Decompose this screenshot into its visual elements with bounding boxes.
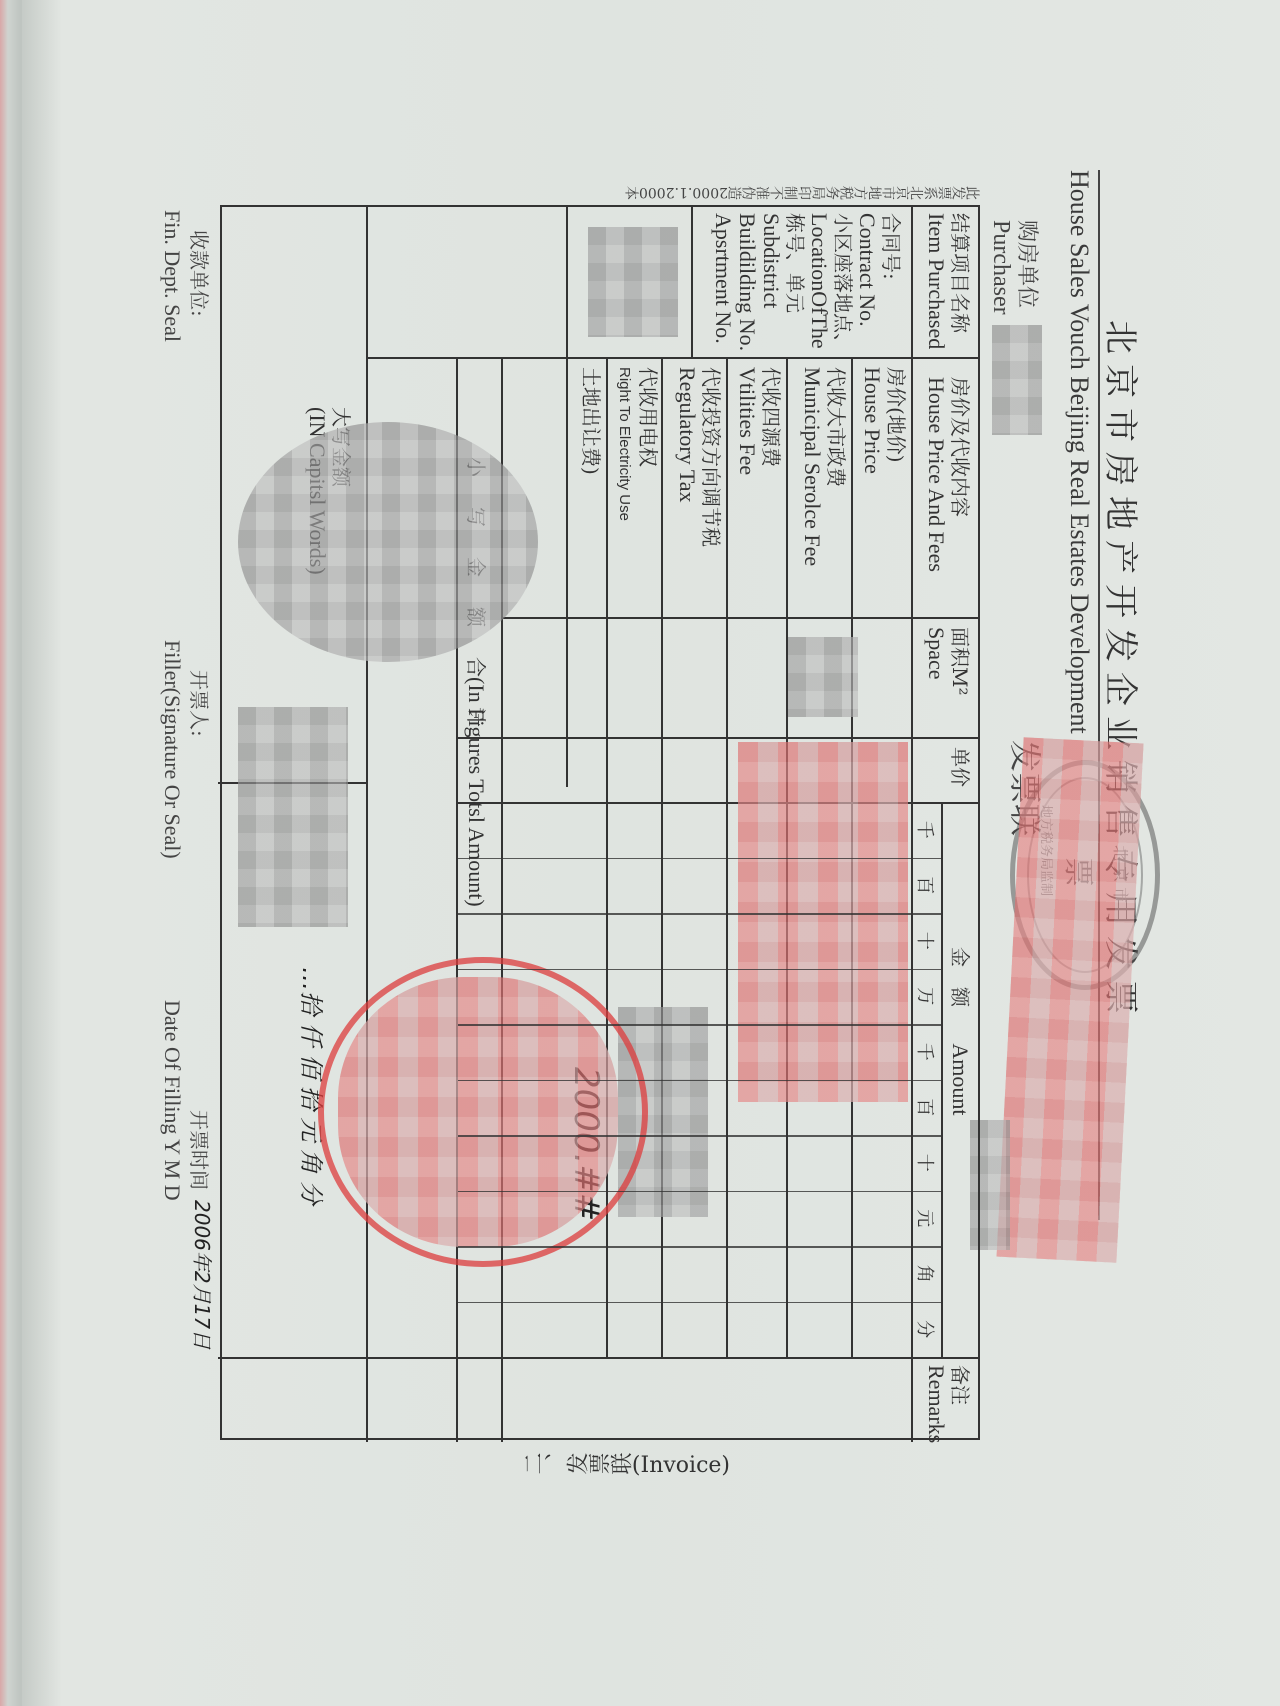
copy-number: 二、 [522, 1453, 566, 1478]
header-space: 面积M² Space [924, 627, 972, 696]
row-municipal-fee-en: Municipal Serolce Fee [800, 367, 824, 566]
header-item-en: Item Purchased [924, 213, 948, 349]
header-space-en: Space [924, 627, 948, 696]
red-seal-redacted [338, 977, 618, 1247]
building-no-en: Buildilding No. [735, 213, 759, 353]
date-en: Date Of Filling Y M D [159, 1000, 185, 1201]
header-content-cn: 房价及代收内容 [948, 377, 972, 572]
row-electricity-right-cn: 代收用电权 [636, 367, 660, 521]
date-cn: 开票时间 [186, 1110, 215, 1190]
header-amount-cn: 金 额 [948, 947, 972, 1007]
header-amount-en: Amount [948, 1043, 973, 1115]
filler-cn: 开票人: [186, 670, 215, 737]
header-remarks-en: Remarks [924, 1365, 948, 1443]
amount-digit-header: 千 [913, 1038, 939, 1066]
copy-label-en: (Invoice) [632, 1453, 730, 1478]
row-land-fee: 土地出让费) [579, 367, 603, 475]
item-labels: 合同号: Contract No. 小区座落地点、 LocationOfThe … [711, 213, 903, 353]
row-utilities-fee-cn: 代收四源费 [759, 367, 783, 475]
header-content: 房价及代收内容 House Price And Fees [924, 377, 972, 572]
row-regulatory-tax-en: Regulatory Tax [675, 367, 699, 547]
item-value-redacted [588, 227, 678, 337]
printer-note: 此发票系北京市地方税务局印制不准伪造2000.1.2000本 [625, 178, 980, 200]
header-item-cn: 结算项目名称 [948, 213, 972, 349]
invoice-document: 北京市房地产开发企业销售专用发票 House Sales Vouch Beiji… [150, 140, 1150, 1460]
invoice-copy-label: 二、发票联(Invoice) [522, 1450, 730, 1481]
amount-digit-header: 千 [913, 816, 939, 844]
row-house-price-en: House Price [860, 367, 884, 474]
row-house-price-cn: 房价(地价) [884, 367, 908, 474]
header-space-cn: 面积M² [948, 627, 972, 696]
contract-no-en: Contract No. [855, 213, 879, 353]
date-handwritten: 2006年2月17日 [189, 1200, 218, 1349]
row-utilities-fee-en: Vtilities Fee [735, 367, 759, 475]
amount-digit-header: 分 [913, 1315, 939, 1343]
amount-digit-header: 十 [913, 1149, 939, 1177]
amount-digit-header: 百 [913, 871, 939, 899]
header-unit: 单价 [948, 747, 972, 787]
amount-digit-header: 十 [913, 927, 939, 955]
purchaser-label-en: Purchaser [987, 220, 1014, 315]
row-land-fee-cn: 土地出让费) [579, 367, 603, 475]
copy-label: 发票联 [566, 1453, 632, 1478]
header-unit-cn: 单价 [948, 747, 972, 787]
binder-shadow [22, 0, 62, 1706]
contract-no-cn: 合同号: [879, 213, 903, 353]
amount-digit-header: 角 [913, 1260, 939, 1288]
redacted-stamp-area [996, 737, 1143, 1263]
fin-dept-cn: 收款单位: [186, 230, 215, 317]
total-label-en: (In Figures Totsl Amount) [464, 677, 488, 907]
redacted-capital-value [238, 707, 348, 927]
title-en: House Sales Vouch Beijing Real Estates D… [1064, 170, 1094, 734]
header-item-purchased: 结算项目名称 Item Purchased [924, 213, 972, 349]
purchaser-value-redacted [992, 325, 1042, 435]
row-utilities-fee: 代收四源费 Vtilities Fee [735, 367, 783, 475]
redacted-space [788, 637, 858, 717]
filler-en: Filler(Signature Or Seal) [159, 640, 185, 859]
amount-digit-header: 万 [913, 982, 939, 1010]
invoice-table: 结算项目名称 Item Purchased 房价及代收内容 House Pric… [220, 205, 980, 1440]
header-remarks-cn: 备注 [948, 1365, 972, 1443]
header-amount: 金 额 Amount [948, 947, 972, 1115]
apartment-no-en: Apsrtment No. [711, 213, 735, 353]
header-remarks: 备注 Remarks [924, 1365, 972, 1443]
row-regulatory-tax-cn: 代收投资方向调节税 [699, 367, 723, 547]
row-regulatory-tax: 代收投资方向调节税 Regulatory Tax [675, 367, 723, 547]
binder-edge [0, 0, 22, 1706]
fin-dept-en: Fin. Dept. Seal [159, 210, 185, 342]
building-cn: 栋号、单元 [783, 213, 807, 353]
row-electricity-right-en: Right To Electricity Use [612, 367, 636, 521]
purchaser-label-cn: 购房单位 [1013, 220, 1044, 308]
amount-digit-header: 百 [913, 1093, 939, 1121]
amount-digit-header: 元 [913, 1204, 939, 1232]
location-en: LocationOfThe [807, 213, 831, 353]
row-municipal-fee: 代收大市政费 Municipal Serolce Fee [800, 367, 848, 566]
row-electricity-right: 代收用电权 Right To Electricity Use [612, 367, 660, 521]
row-house-price: 房价(地价) House Price [860, 367, 908, 474]
redacted-amount-top [738, 742, 908, 1102]
redacted-seal-left [238, 422, 538, 662]
row-municipal-fee-cn: 代收大市政费 [824, 367, 848, 566]
location-cn: 小区座落地点、 [831, 213, 855, 353]
subdistrict-en: Subdistrict [759, 213, 783, 353]
header-content-en: House Price And Fees [924, 377, 948, 572]
